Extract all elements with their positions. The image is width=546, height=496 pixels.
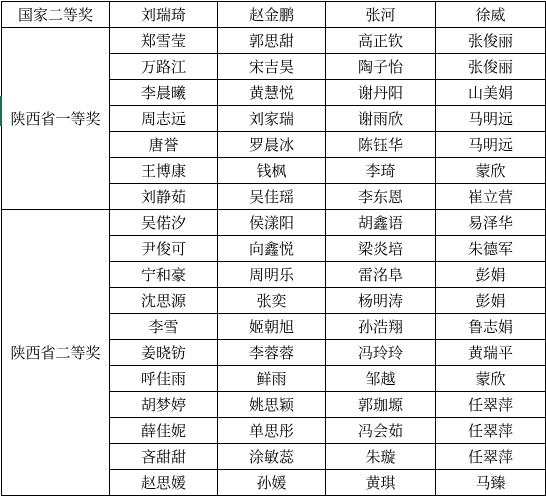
winner-name-cell: 黄瑞平: [436, 340, 546, 366]
winner-name-cell: 朱璇: [326, 444, 436, 470]
winner-name-cell: 鲁志娟: [436, 314, 546, 340]
winner-name-cell: 徐威: [436, 2, 546, 28]
winner-name-cell: 黄琪: [326, 470, 436, 496]
winner-name-cell: 杨明涛: [326, 288, 436, 314]
green-edge-artifact: [0, 96, 2, 126]
winner-name-cell: 邹越: [326, 366, 436, 392]
awards-table-body: 国家二等奖刘瑞琦赵金鹏张河徐威陕西省一等奖郑雪莹郭思甜高正钦张俊丽万路江宋吉昊陶…: [2, 2, 546, 496]
winner-name-cell: 单思彤: [218, 418, 326, 444]
winner-name-cell: 吝甜甜: [110, 444, 218, 470]
winner-name-cell: 宁和豪: [110, 262, 218, 288]
winner-name-cell: 郭思甜: [218, 28, 326, 54]
winner-name-cell: 冯玲玲: [326, 340, 436, 366]
winner-name-cell: 郑雪莹: [110, 28, 218, 54]
winner-name-cell: 马明远: [436, 106, 546, 132]
winner-name-cell: 刘家瑞: [218, 106, 326, 132]
winner-name-cell: 胡鑫语: [326, 210, 436, 236]
winner-name-cell: 宋吉昊: [218, 54, 326, 80]
winner-name-cell: 蒙欣: [436, 158, 546, 184]
winner-name-cell: 张俊丽: [436, 54, 546, 80]
winner-name-cell: 周志远: [110, 106, 218, 132]
winner-name-cell: 黄慧悦: [218, 80, 326, 106]
winner-name-cell: 孙浩翔: [326, 314, 436, 340]
winner-name-cell: 薛佳妮: [110, 418, 218, 444]
winner-name-cell: 李东恩: [326, 184, 436, 210]
winner-name-cell: 张河: [326, 2, 436, 28]
winner-name-cell: 孙媛: [218, 470, 326, 496]
winner-name-cell: 雷洺阜: [326, 262, 436, 288]
table-row: 国家二等奖刘瑞琦赵金鹏张河徐威: [2, 2, 546, 28]
winner-name-cell: 胡梦婷: [110, 392, 218, 418]
winner-name-cell: 尹俊可: [110, 236, 218, 262]
winner-name-cell: 涂敏蕊: [218, 444, 326, 470]
winner-name-cell: 侯漾阳: [218, 210, 326, 236]
winner-name-cell: 任翠萍: [436, 418, 546, 444]
winner-name-cell: 李雪: [110, 314, 218, 340]
winner-name-cell: 钱枫: [218, 158, 326, 184]
winner-name-cell: 王博康: [110, 158, 218, 184]
winner-name-cell: 任翠萍: [436, 444, 546, 470]
winner-name-cell: 向鑫悦: [218, 236, 326, 262]
award-category-cell: 国家二等奖: [2, 2, 110, 28]
winner-name-cell: 刘瑞琦: [110, 2, 218, 28]
winner-name-cell: 张俊丽: [436, 28, 546, 54]
winner-name-cell: 赵金鹏: [218, 2, 326, 28]
winner-name-cell: 周明乐: [218, 262, 326, 288]
winner-name-cell: 崔立营: [436, 184, 546, 210]
winner-name-cell: 万路江: [110, 54, 218, 80]
winner-name-cell: 马明远: [436, 132, 546, 158]
winner-name-cell: 刘静茹: [110, 184, 218, 210]
winner-name-cell: 姜晓钫: [110, 340, 218, 366]
winner-name-cell: 任翠萍: [436, 392, 546, 418]
winner-name-cell: 冯会茹: [326, 418, 436, 444]
winner-name-cell: 赵思媛: [110, 470, 218, 496]
winner-name-cell: 马臻: [436, 470, 546, 496]
winner-name-cell: 蒙欣: [436, 366, 546, 392]
table-row: 陕西省一等奖郑雪莹郭思甜高正钦张俊丽: [2, 28, 546, 54]
table-row: 陕西省二等奖吴偌汐侯漾阳胡鑫语易泽华: [2, 210, 546, 236]
winner-name-cell: 唐誉: [110, 132, 218, 158]
winner-name-cell: 李蓉蓉: [218, 340, 326, 366]
winner-name-cell: 彭娟: [436, 262, 546, 288]
winner-name-cell: 呼佳雨: [110, 366, 218, 392]
winner-name-cell: 鲜雨: [218, 366, 326, 392]
winner-name-cell: 谢雨欣: [326, 106, 436, 132]
winner-name-cell: 谢丹阳: [326, 80, 436, 106]
winner-name-cell: 梁炎培: [326, 236, 436, 262]
winner-name-cell: 郭珈塬: [326, 392, 436, 418]
winner-name-cell: 沈思源: [110, 288, 218, 314]
winner-name-cell: 吴佳瑶: [218, 184, 326, 210]
winner-name-cell: 彭娟: [436, 288, 546, 314]
award-category-cell: 陕西省一等奖: [2, 28, 110, 210]
winner-name-cell: 朱德军: [436, 236, 546, 262]
winner-name-cell: 山美娟: [436, 80, 546, 106]
winner-name-cell: 罗晨冰: [218, 132, 326, 158]
winner-name-cell: 陶子怡: [326, 54, 436, 80]
winner-name-cell: 吴偌汐: [110, 210, 218, 236]
winner-name-cell: 姚思颖: [218, 392, 326, 418]
winner-name-cell: 姬朝旭: [218, 314, 326, 340]
winner-name-cell: 陈钰华: [326, 132, 436, 158]
award-category-cell: 陕西省二等奖: [2, 210, 110, 496]
winner-name-cell: 李晨曦: [110, 80, 218, 106]
winner-name-cell: 高正钦: [326, 28, 436, 54]
winner-name-cell: 张奕: [218, 288, 326, 314]
winner-name-cell: 李琦: [326, 158, 436, 184]
awards-table: 国家二等奖刘瑞琦赵金鹏张河徐威陕西省一等奖郑雪莹郭思甜高正钦张俊丽万路江宋吉昊陶…: [1, 1, 546, 496]
winner-name-cell: 易泽华: [436, 210, 546, 236]
